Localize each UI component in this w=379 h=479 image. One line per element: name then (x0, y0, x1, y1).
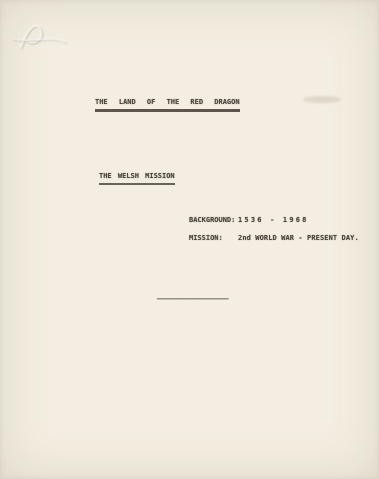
mission-label: MISSION: (189, 235, 223, 242)
title-heading: THE LAND OF THE RED DRAGON (95, 99, 240, 112)
mission-value: 2nd WORLD WAR - PRESENT DAY. (238, 235, 359, 242)
subtitle-heading: THE WELSH MISSION (99, 173, 175, 185)
scanned-typewritten-page: THE LAND OF THE RED DRAGON THE WELSH MIS… (0, 0, 379, 479)
background-value: 1536 - 1968 (238, 217, 309, 224)
background-label: BACKGROUND: (189, 217, 235, 224)
pencil-scribble-mark (6, 10, 84, 68)
typed-divider-line: ───────────────── (157, 296, 229, 303)
eraser-smudge-mark (303, 96, 341, 103)
